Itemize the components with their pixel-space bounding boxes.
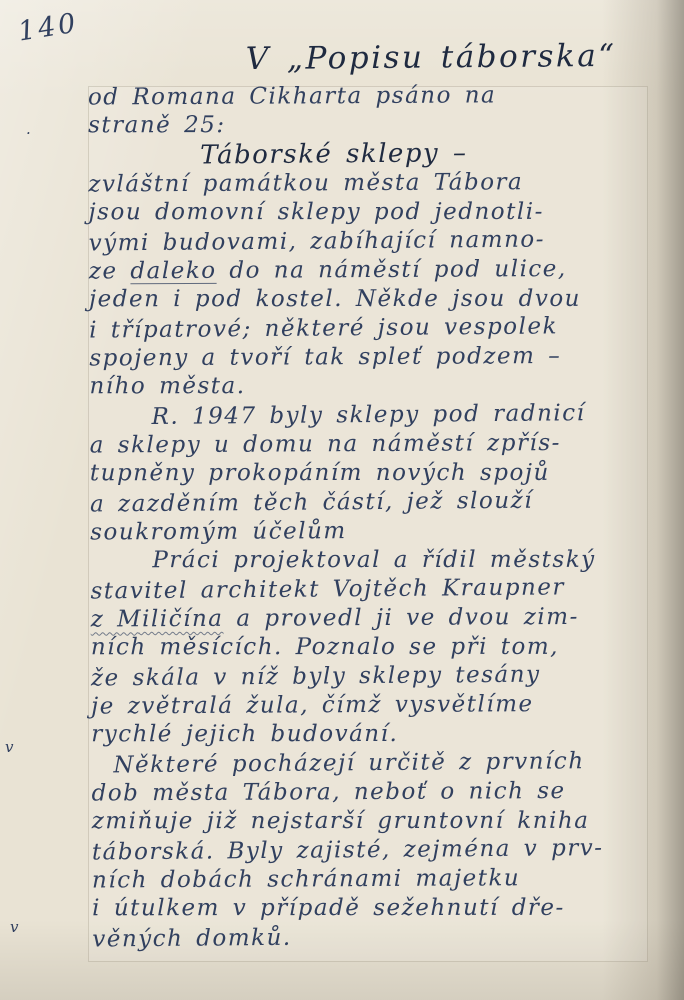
manuscript-line: ních dobách schránami majetku bbox=[92, 863, 667, 895]
manuscript-line: Táborské sklepy – bbox=[88, 137, 663, 171]
text-segment: od Romana Cikharta psáno na bbox=[88, 82, 496, 110]
manuscript-line: a zazděním těch částí, jež slouží bbox=[90, 485, 665, 519]
text-segment: Práci projektoval a řídil městský bbox=[152, 547, 595, 573]
text-segment: straně 25: bbox=[88, 112, 226, 138]
text-segment: stavitel architekt Vojtěch Kraupner bbox=[90, 574, 565, 604]
text-segment: a zazděním těch částí, jež slouží bbox=[90, 488, 533, 518]
text-segment: vými budovami, zabíhající namno- bbox=[89, 227, 546, 257]
manuscript-line: i útulkem v případě sežehnutí dře- bbox=[92, 894, 667, 924]
manuscript-line: že skála v níž byly sklepy tesány bbox=[91, 659, 666, 693]
text-segment: zvláštní památkou města Tábora bbox=[88, 169, 523, 197]
manuscript-line: spojeny a tvoří tak spleť podzem – bbox=[89, 341, 664, 373]
text-segment: jsou domovní sklepy pod jednotli- bbox=[89, 199, 544, 225]
text-segment: tupněny prokopáním nových spojů bbox=[90, 460, 550, 486]
text-segment: i třípatrové; některé jsou vespolek bbox=[89, 313, 558, 343]
text-segment: jeden i pod kostel. Někde jsou dvou bbox=[89, 286, 581, 312]
text-segment: ních měsících. Poznalo se při tom, bbox=[91, 634, 559, 660]
text-segment: i útulkem v případě sežehnutí dře- bbox=[92, 895, 565, 921]
manuscript-line: táborská. Byly zajisté, zejména v prv- bbox=[92, 833, 667, 867]
text-segment: dob města Tábora, neboť o nich se bbox=[92, 778, 566, 806]
manuscript-line: ních měsících. Poznalo se při tom, bbox=[91, 633, 666, 663]
manuscript-line: V „Popisu táborska“ bbox=[88, 31, 663, 84]
text-segment: soukromým účelům bbox=[90, 518, 347, 545]
text-segment: že skála v níž byly sklepy tesány bbox=[91, 662, 541, 692]
page-number: 140 bbox=[16, 7, 81, 47]
text-segment: ze bbox=[89, 258, 131, 284]
margin-mark: . bbox=[26, 120, 31, 138]
text-segment: do na náměstí pod ulice, bbox=[217, 256, 567, 284]
underlined-text: daleko bbox=[130, 258, 216, 284]
manuscript-line: i třípatrové; některé jsou vespolek bbox=[89, 311, 664, 345]
manuscript-line: Práci projektoval a řídil městský bbox=[90, 546, 665, 576]
manuscript-line: ního města. bbox=[89, 372, 664, 402]
text-segment: Některé pocházejí určitě z prvních bbox=[113, 748, 584, 778]
manuscript-line: věných domků. bbox=[92, 920, 667, 954]
manuscript-line: soukromým účelům bbox=[90, 515, 665, 547]
text-segment: a provedl ji ve dvou zim- bbox=[223, 604, 578, 632]
manuscript-text: V „Popisu táborska“od Romana Cikharta ps… bbox=[88, 33, 668, 954]
text-segment: ních dobách schránami majetku bbox=[92, 865, 520, 893]
manuscript-line: je zvětralá žula, čímž vysvětlíme bbox=[91, 689, 666, 721]
manuscript-page: { "page": { "number": "140" }, "colors":… bbox=[0, 0, 684, 1000]
text-segment: R. 1947 byly sklepy pod radnicí bbox=[151, 400, 585, 430]
manuscript-line: z Miličína a provedl ji ve dvou zim- bbox=[91, 602, 666, 634]
margin-mark: v bbox=[10, 918, 18, 936]
text-segment: je zvětralá žula, čímž vysvětlíme bbox=[91, 691, 534, 719]
text-segment: Táborské sklepy – bbox=[200, 138, 467, 170]
manuscript-line: od Romana Cikharta psáno na bbox=[88, 81, 663, 113]
text-segment: zmiňuje již nejstarší gruntovní kniha bbox=[92, 808, 590, 834]
text-segment: táborská. Byly zajisté, zejména v prv- bbox=[92, 835, 604, 865]
manuscript-line: tupněny prokopáním nových spojů bbox=[90, 459, 665, 489]
manuscript-line: jeden i pod kostel. Někde jsou dvou bbox=[89, 285, 664, 315]
text-segment: ního města. bbox=[89, 373, 245, 399]
text-segment: věných domků. bbox=[92, 925, 292, 953]
manuscript-line: vými budovami, zabíhající namno- bbox=[89, 224, 664, 258]
manuscript-line: zvláštní památkou města Tábora bbox=[88, 167, 663, 199]
manuscript-line: a sklepy u domu na náměstí zpřís- bbox=[90, 428, 665, 460]
text-segment: spojeny a tvoří tak spleť podzem – bbox=[89, 343, 561, 371]
manuscript-line: ze daleko do na náměstí pod ulice, bbox=[89, 254, 664, 286]
manuscript-line: R. 1947 byly sklepy pod radnicí bbox=[89, 398, 664, 432]
manuscript-line: stavitel architekt Vojtěch Kraupner bbox=[90, 572, 665, 606]
manuscript-line: rychlé jejich budování. bbox=[91, 720, 666, 750]
margin-mark: v bbox=[5, 738, 13, 756]
manuscript-line: dob města Tábora, neboť o nich se bbox=[91, 776, 666, 808]
manuscript-line: jsou domovní sklepy pod jednotli- bbox=[89, 198, 664, 228]
manuscript-line: straně 25: bbox=[88, 111, 663, 141]
text-segment: rychlé jejich budování. bbox=[91, 721, 398, 747]
underlined-text: z Miličína bbox=[91, 606, 224, 633]
text-segment: a sklepy u domu na náměstí zpřís- bbox=[90, 430, 561, 458]
manuscript-line: Některé pocházejí určitě z prvních bbox=[91, 746, 666, 780]
manuscript-line: zmiňuje již nejstarší gruntovní kniha bbox=[92, 807, 667, 837]
text-segment: V „Popisu táborska“ bbox=[246, 38, 617, 77]
